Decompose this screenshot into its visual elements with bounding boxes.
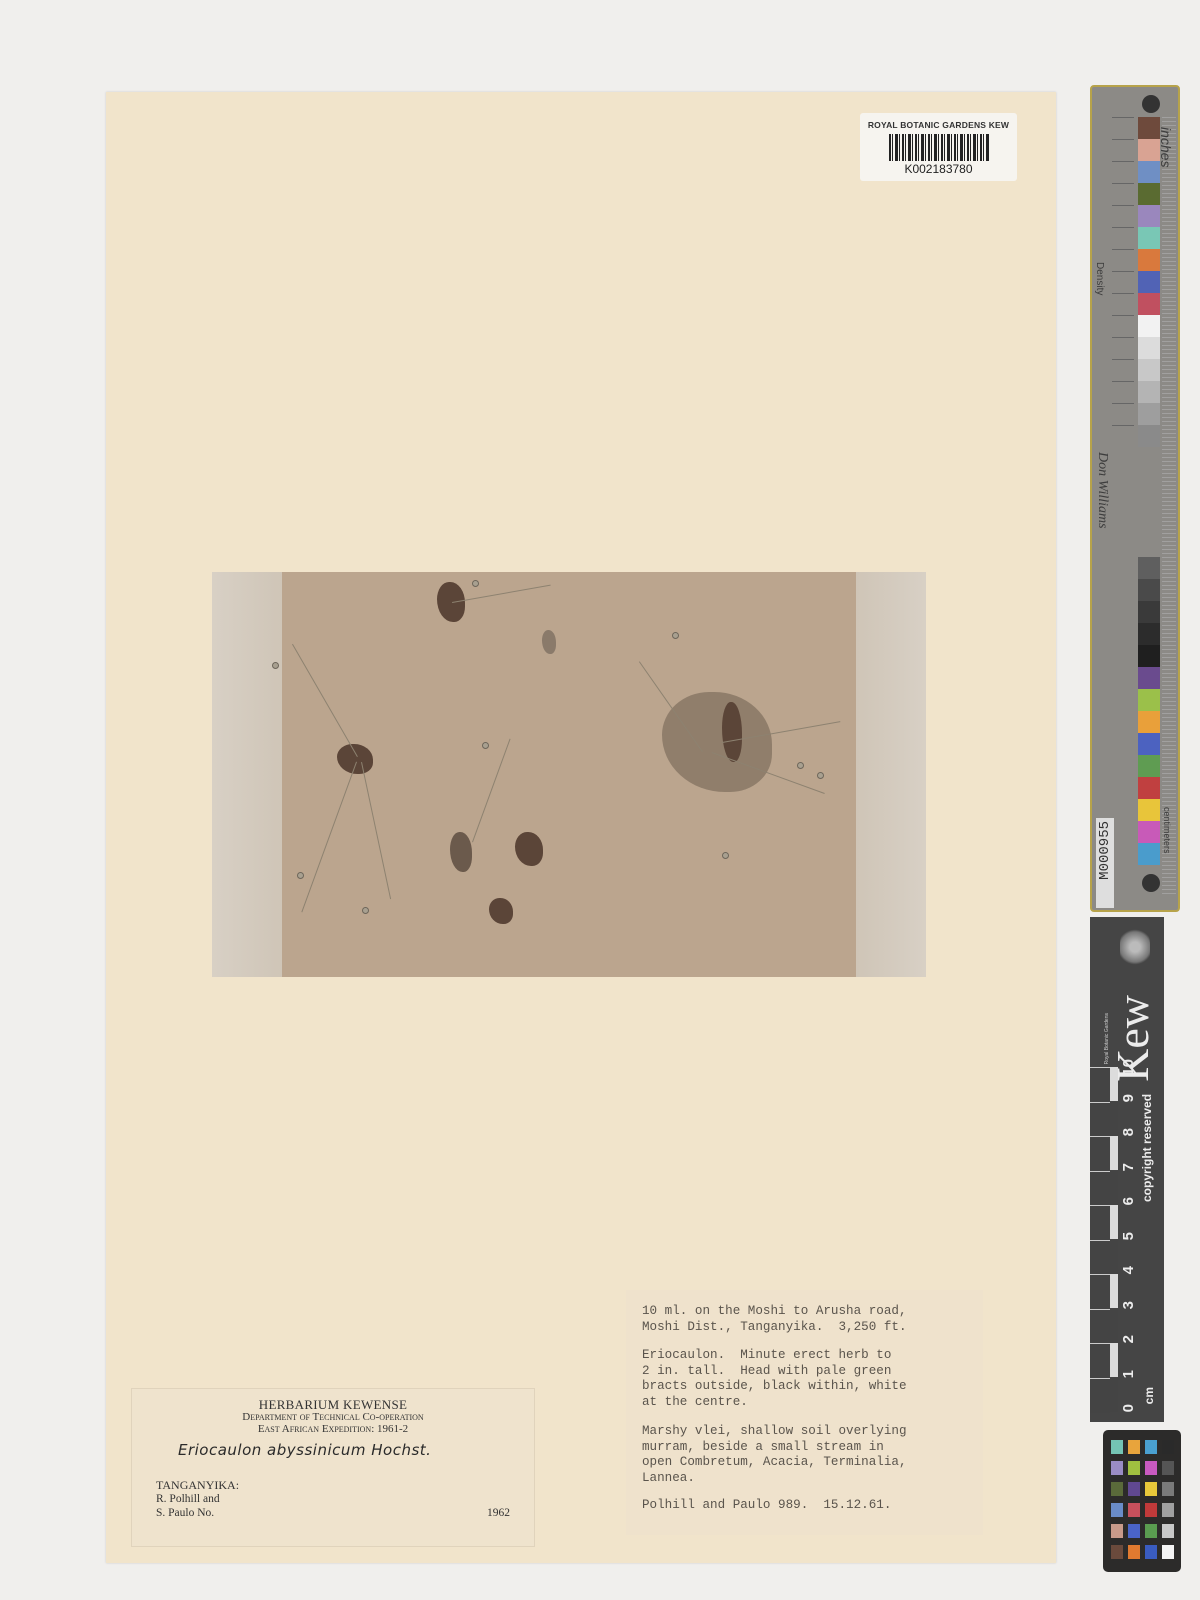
packet-flap-right (856, 572, 926, 977)
color-patch (1138, 337, 1160, 359)
color-swatch (1162, 1545, 1174, 1559)
ruler-segment-band (1110, 1378, 1118, 1412)
color-patch (1138, 623, 1160, 645)
ruler-segment-band (1110, 1205, 1118, 1239)
ruler-segment (1090, 1274, 1110, 1309)
color-patch (1138, 425, 1160, 447)
color-patch (1138, 777, 1160, 799)
habitat-text: Marshy vlei, shallow soil overlying murr… (642, 1424, 907, 1486)
color-patch (1138, 645, 1160, 667)
barcode-number: K002183780 (860, 162, 1017, 176)
color-swatch (1145, 1482, 1157, 1496)
ruler-number: 9 (1120, 1094, 1140, 1102)
color-swatch (1145, 1461, 1157, 1475)
ruler-number: 8 (1120, 1128, 1140, 1136)
collector-line-2: S. Paulo No. (156, 1507, 214, 1519)
color-swatch (1128, 1524, 1140, 1538)
grid-line (1112, 315, 1134, 316)
color-patch (1138, 117, 1160, 139)
grid-line (1112, 117, 1134, 118)
color-swatch (1128, 1545, 1140, 1559)
ruler-segment-band (1110, 1171, 1118, 1205)
label-year: 1962 (487, 1507, 510, 1519)
color-swatch (1145, 1524, 1157, 1538)
hole-icon (1142, 874, 1160, 892)
color-patch (1138, 821, 1160, 843)
color-patch (1138, 579, 1160, 601)
ruler-number: 6 (1120, 1197, 1140, 1205)
color-patch (1138, 799, 1160, 821)
grid-line (1112, 183, 1134, 184)
color-swatch (1111, 1440, 1123, 1454)
color-patch (1138, 293, 1160, 315)
expedition-name: East African Expedition: 1961-2 (132, 1423, 534, 1435)
color-patch (1138, 227, 1160, 249)
brand-label: Don Williams (1094, 452, 1110, 529)
ruler-numbers: 109876543210 (1120, 1067, 1140, 1422)
grid-line (1112, 161, 1134, 162)
centimeters-label: centimeters (1162, 807, 1172, 854)
packet-flap-left (212, 572, 282, 977)
color-patch (1138, 689, 1160, 711)
color-swatch (1145, 1545, 1157, 1559)
color-swatch (1162, 1482, 1174, 1496)
ruler-number: 4 (1120, 1266, 1140, 1274)
color-patch (1138, 755, 1160, 777)
color-patch (1138, 733, 1160, 755)
grid-line (1112, 139, 1134, 140)
kew-crest-icon (1120, 927, 1150, 967)
grid-line (1112, 205, 1134, 206)
density-label: Density (1094, 262, 1105, 295)
collector-line-1: R. Polhill and (156, 1493, 220, 1505)
ruler-segment (1090, 1240, 1110, 1275)
color-swatch (1128, 1461, 1140, 1475)
ruler-scale (1162, 117, 1176, 897)
color-patch (1138, 359, 1160, 381)
ruler-segment (1090, 1378, 1110, 1413)
ruler-segment-band (1110, 1309, 1118, 1343)
ruler-segment (1090, 1067, 1110, 1102)
color-patch (1138, 139, 1160, 161)
color-swatch (1162, 1440, 1174, 1454)
color-patch (1138, 711, 1160, 733)
ruler-segment-band (1110, 1136, 1118, 1170)
color-patch (1138, 843, 1160, 865)
kew-scale-strip: Royal Botanic Gardens Kew 109876543210 c… (1090, 917, 1164, 1422)
color-swatch (1145, 1440, 1157, 1454)
ruler-number: 0 (1120, 1404, 1140, 1412)
ruler-segment (1090, 1171, 1110, 1206)
ruler-segment-band (1110, 1240, 1118, 1274)
grid-line (1112, 425, 1134, 426)
color-patch (1138, 183, 1160, 205)
color-swatch (1111, 1482, 1123, 1496)
determination-label: HERBARIUM KEWENSE Department of Technica… (131, 1388, 535, 1547)
institution-name: ROYAL BOTANIC GARDENS KEW (860, 120, 1017, 130)
color-checker-card (1103, 1430, 1181, 1572)
ruler-segment (1090, 1136, 1110, 1171)
color-patch (1138, 403, 1160, 425)
barcode-icon (889, 134, 989, 161)
catalog-number: M000955 (1097, 821, 1113, 880)
ruler-segment (1090, 1343, 1110, 1378)
ruler-segment (1090, 1309, 1110, 1344)
color-patch (1138, 161, 1160, 183)
hole-icon (1142, 95, 1160, 113)
taxon-name: Eriocaulon abyssinicum Hochst. (178, 1441, 431, 1459)
ruler-number: 3 (1120, 1301, 1140, 1309)
color-patch (1138, 271, 1160, 293)
description-text: Eriocaulon. Minute erect herb to 2 in. t… (642, 1348, 907, 1410)
color-reference-bar: inches Density Don Williams centimeters (1090, 85, 1180, 912)
barcode-label: ROYAL BOTANIC GARDENS KEW K002183780 (860, 113, 1017, 181)
collection-number-text: Polhill and Paulo 989. 15.12.61. (642, 1498, 891, 1514)
cm-ruler (1090, 1067, 1118, 1422)
color-swatch (1162, 1524, 1174, 1538)
color-swatch (1111, 1545, 1123, 1559)
color-swatch (1145, 1503, 1157, 1517)
color-swatch (1162, 1461, 1174, 1475)
color-patch (1138, 315, 1160, 337)
ruler-segment-band (1110, 1102, 1118, 1136)
color-swatch (1128, 1503, 1140, 1517)
grid-line (1112, 403, 1134, 404)
pressed-specimens (282, 572, 856, 977)
grid-line (1112, 249, 1134, 250)
color-patch (1138, 381, 1160, 403)
inches-label: inches (1158, 127, 1174, 167)
ruler-segment (1090, 1102, 1110, 1137)
ruler-number: 7 (1120, 1163, 1140, 1171)
ruler-segment (1090, 1205, 1110, 1240)
locality-text: 10 ml. on the Moshi to Arusha road, Mosh… (642, 1304, 907, 1335)
color-patch (1138, 205, 1160, 227)
grid-line (1112, 381, 1134, 382)
field-notes-label: 10 ml. on the Moshi to Arusha road, Mosh… (626, 1290, 983, 1535)
copyright-text: copyright reserved (1140, 1067, 1154, 1202)
color-patch (1138, 249, 1160, 271)
color-swatch (1162, 1503, 1174, 1517)
color-swatch (1111, 1461, 1123, 1475)
grid-line (1112, 271, 1134, 272)
color-swatch (1128, 1482, 1140, 1496)
ruler-segment-band (1110, 1067, 1118, 1101)
catalog-number-label: M000955 (1096, 818, 1114, 908)
ruler-number: 1 (1120, 1370, 1140, 1378)
color-patch (1138, 667, 1160, 689)
ruler-segment-band (1110, 1274, 1118, 1308)
grid-line (1112, 337, 1134, 338)
ruler-number: 5 (1120, 1232, 1140, 1240)
specimen-packet (212, 572, 926, 977)
ruler-number: 10 (1120, 1059, 1140, 1076)
color-swatch (1111, 1503, 1123, 1517)
grid-line (1112, 359, 1134, 360)
color-patch (1138, 601, 1160, 623)
color-patch (1138, 557, 1160, 579)
ruler-segment-band (1110, 1343, 1118, 1377)
country: TANGANYIKA: (156, 1478, 239, 1493)
color-swatch (1111, 1524, 1123, 1538)
color-swatch (1128, 1440, 1140, 1454)
ruler-number: 2 (1120, 1335, 1140, 1343)
grid-line (1112, 293, 1134, 294)
grid-line (1112, 227, 1134, 228)
department-name: Department of Technical Co-operation (132, 1411, 534, 1423)
cm-label: cm (1142, 1387, 1156, 1404)
